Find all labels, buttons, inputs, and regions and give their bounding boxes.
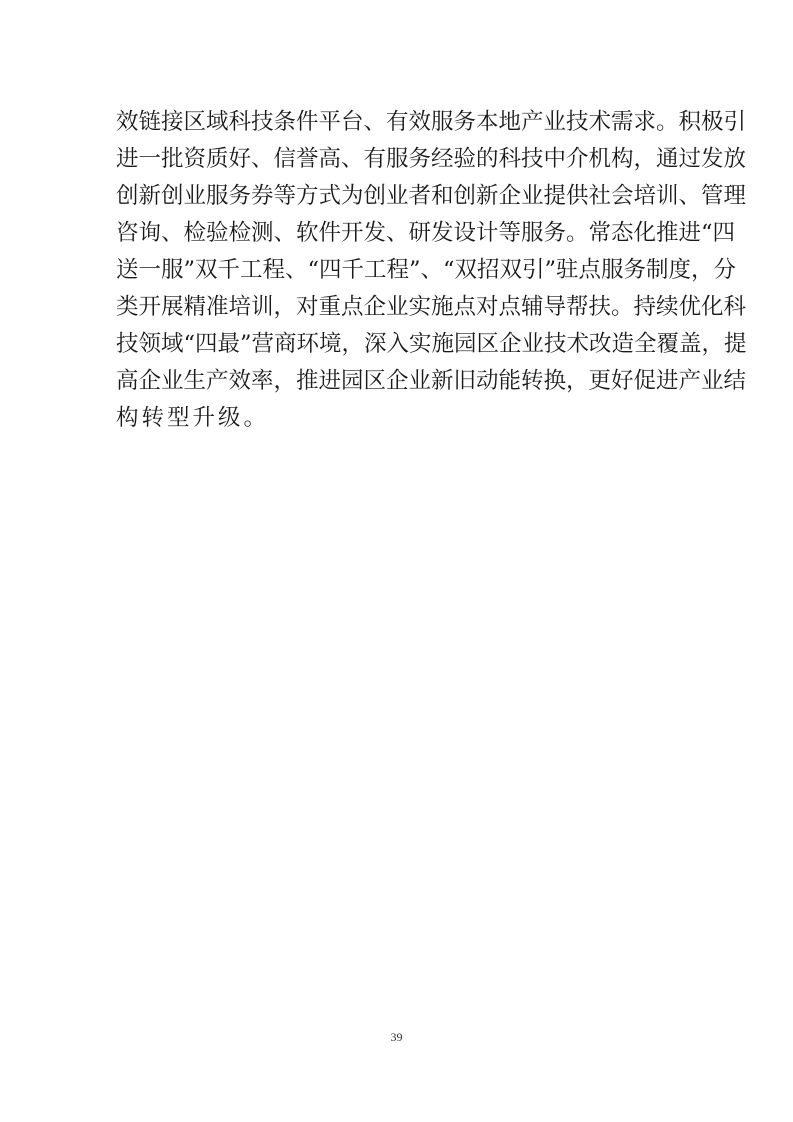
paragraph-line: 高企业生产效率，推进园区企业新旧动能转换，更好促进产业结 (116, 363, 680, 400)
paragraph-line: 效链接区域科技条件平台、有效服务本地产业技术需求。积极引 (116, 104, 680, 141)
document-page: 效链接区域科技条件平台、有效服务本地产业技术需求。积极引 进一批资质好、信誉高、… (0, 0, 793, 1122)
paragraph-line-last: 构转型升级。 (116, 400, 680, 437)
paragraph-line: 创新创业服务券等方式为创业者和创新企业提供社会培训、管理 (116, 178, 680, 215)
body-paragraph: 效链接区域科技条件平台、有效服务本地产业技术需求。积极引 进一批资质好、信誉高、… (116, 104, 680, 437)
page-number: 39 (0, 1030, 793, 1045)
paragraph-line: 送一服”双千工程、“四千工程”、“双招双引”驻点服务制度，分 (116, 252, 680, 289)
paragraph-line: 类开展精准培训，对重点企业实施点对点辅导帮扶。持续优化科 (116, 289, 680, 326)
paragraph-line: 技领域“四最”营商环境，深入实施园区企业技术改造全覆盖，提 (116, 326, 680, 363)
paragraph-line: 进一批资质好、信誉高、有服务经验的科技中介机构，通过发放 (116, 141, 680, 178)
paragraph-line: 咨询、检验检测、软件开发、研发设计等服务。常态化推进“四 (116, 215, 680, 252)
